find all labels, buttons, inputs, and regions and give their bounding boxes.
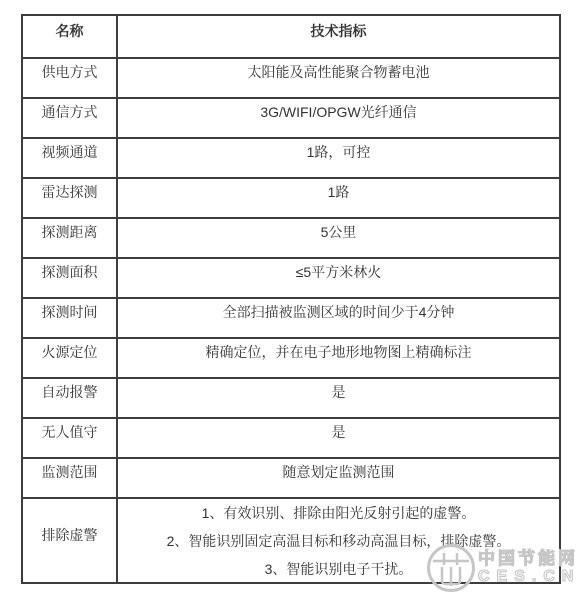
table-row: 探测面积 ≤5平方米林火 <box>22 258 560 298</box>
spec-name-cell: 无人值守 <box>22 418 117 458</box>
spec-table: 名称 技术指标 供电方式 太阳能及高性能聚合物蓄电池 通信方式 3G/WIFI/… <box>21 14 561 584</box>
cell-text: 探测面积 <box>27 264 112 280</box>
header-name-cell: 名称 <box>22 15 117 58</box>
table-row-multiline: 排除虚警 1、有效识别、排除由阳光反射引起的虚警。 2、智能识别固定高温目标和移… <box>22 498 560 583</box>
spec-value-cell: 精确定位，并在电子地形地物图上精确标注 <box>117 338 560 378</box>
table-row: 雷达探测 1路 <box>22 178 560 218</box>
cell-text-line: 3、智能识别电子干扰。 <box>122 561 555 577</box>
spec-value-cell: 1路 <box>117 178 560 218</box>
cell-text: 通信方式 <box>27 104 112 120</box>
spec-name-cell: 监测范围 <box>22 458 117 498</box>
cell-text: 1路 <box>122 184 555 200</box>
table-row: 无人值守 是 <box>22 418 560 458</box>
cell-text: 供电方式 <box>27 64 112 80</box>
spec-value-cell: 全部扫描被监测区域的时间少于4分钟 <box>117 298 560 338</box>
spec-value-cell: 太阳能及高性能聚合物蓄电池 <box>117 58 560 98</box>
spec-name-cell: 自动报警 <box>22 378 117 418</box>
spec-name-cell: 排除虚警 <box>22 498 117 583</box>
table-row: 探测距离 5公里 <box>22 218 560 258</box>
cell-text: 是 <box>122 424 555 440</box>
header-spec-text: 技术指标 <box>122 23 555 39</box>
cell-text: 探测时间 <box>27 304 112 320</box>
cell-text: 5公里 <box>122 224 555 240</box>
table-header-row: 名称 技术指标 <box>22 15 560 58</box>
spec-value-cell: 是 <box>117 418 560 458</box>
spec-name-cell: 通信方式 <box>22 98 117 138</box>
table-row: 视频通道 1路，可控 <box>22 138 560 178</box>
cell-text: 太阳能及高性能聚合物蓄电池 <box>122 64 555 80</box>
cell-text: 雷达探测 <box>27 184 112 200</box>
spec-value-cell: 3G/WIFI/OPGW光纤通信 <box>117 98 560 138</box>
spec-name-cell: 火源定位 <box>22 338 117 378</box>
table-row: 通信方式 3G/WIFI/OPGW光纤通信 <box>22 98 560 138</box>
spec-value-cell: 5公里 <box>117 218 560 258</box>
spec-name-cell: 视频通道 <box>22 138 117 178</box>
spec-name-cell: 探测距离 <box>22 218 117 258</box>
header-spec-cell: 技术指标 <box>117 15 560 58</box>
cell-text: 1路，可控 <box>122 144 555 160</box>
spec-name-cell: 供电方式 <box>22 58 117 98</box>
spec-value-cell: 1、有效识别、排除由阳光反射引起的虚警。 2、智能识别固定高温目标和移动高温目标… <box>117 498 560 583</box>
spec-name-cell: 探测面积 <box>22 258 117 298</box>
cell-text: 随意划定监测范围 <box>122 464 555 480</box>
table-row: 探测时间 全部扫描被监测区域的时间少于4分钟 <box>22 298 560 338</box>
spec-value-cell: 1路，可控 <box>117 138 560 178</box>
cell-text: 是 <box>122 384 555 400</box>
cell-text: 视频通道 <box>27 144 112 160</box>
table-row: 火源定位 精确定位，并在电子地形地物图上精确标注 <box>22 338 560 378</box>
page: 名称 技术指标 供电方式 太阳能及高性能聚合物蓄电池 通信方式 3G/WIFI/… <box>0 0 579 597</box>
header-name-text: 名称 <box>27 23 112 39</box>
cell-text: 3G/WIFI/OPGW光纤通信 <box>122 104 555 120</box>
spec-name-cell: 雷达探测 <box>22 178 117 218</box>
cell-text: 全部扫描被监测区域的时间少于4分钟 <box>122 304 555 320</box>
cell-text-line: 1、有效识别、排除由阳光反射引起的虚警。 <box>122 505 555 521</box>
table-row: 自动报警 是 <box>22 378 560 418</box>
cell-text: 无人值守 <box>27 424 112 440</box>
cell-text-line: 2、智能识别固定高温目标和移动高温目标，排除虚警。 <box>122 533 555 549</box>
cell-text: 排除虚警 <box>27 527 112 543</box>
cell-text: 精确定位，并在电子地形地物图上精确标注 <box>122 344 555 360</box>
table-row: 监测范围 随意划定监测范围 <box>22 458 560 498</box>
cell-text: 探测距离 <box>27 224 112 240</box>
spec-value-cell: 随意划定监测范围 <box>117 458 560 498</box>
cell-text: ≤5平方米林火 <box>122 264 555 280</box>
table-row: 供电方式 太阳能及高性能聚合物蓄电池 <box>22 58 560 98</box>
cell-text: 火源定位 <box>27 344 112 360</box>
cell-text: 监测范围 <box>27 464 112 480</box>
spec-name-cell: 探测时间 <box>22 298 117 338</box>
spec-value-cell: 是 <box>117 378 560 418</box>
spec-value-cell: ≤5平方米林火 <box>117 258 560 298</box>
cell-text: 自动报警 <box>27 384 112 400</box>
